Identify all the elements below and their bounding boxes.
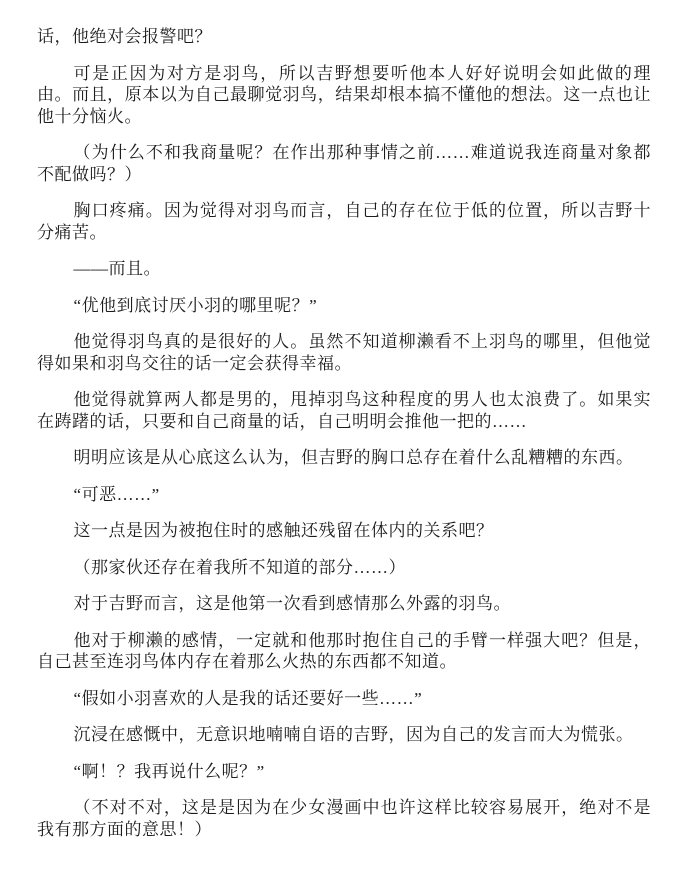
paragraph: （为什么不和我商量呢？在作出那种事情之前……难道说我连商量对象都不配做吗？）	[37, 142, 651, 185]
paragraph: “优他到底讨厌小羽的哪里呢？”	[37, 295, 651, 317]
paragraph: 胸口疼痛。因为觉得对羽鸟而言，自己的存在位于低的位置，所以吉野十分痛苦。	[37, 200, 651, 243]
paragraph: （那家伙还存在着我所不知道的部分……）	[37, 557, 651, 579]
paragraph: “假如小羽喜欢的人是我的话还要好一些……”	[37, 688, 651, 710]
paragraph: 他觉得羽鸟真的是很好的人。虽然不知道柳濑看不上羽鸟的哪里，但他觉得如果和羽鸟交往…	[37, 331, 651, 374]
paragraph: ——而且。	[37, 258, 651, 280]
paragraph: 沉浸在感慨中，无意识地喃喃自语的吉野，因为自己的发言而大为慌张。	[37, 724, 651, 746]
paragraph: 这一点是因为被抱住时的感触还残留在体内的关系吧？	[37, 520, 651, 542]
paragraph: 可是正因为对方是羽鸟，所以吉野想要听他本人好好说明会如此做的理由。而且，原本以为…	[37, 63, 651, 128]
paragraph: 他觉得就算两人都是男的，甩掉羽鸟这种程度的男人也太浪费了。如果实在踌躇的话，只要…	[37, 389, 651, 432]
paragraph: 对于吉野而言，这是他第一次看到感情那么外露的羽鸟。	[37, 593, 651, 615]
paragraph: 明明应该是从心底这么认为，但吉野的胸口总存在着什么乱糟糟的东西。	[37, 447, 651, 469]
paragraph: “可恶……”	[37, 484, 651, 506]
document-page: 话，他绝对会报警吧？ 可是正因为对方是羽鸟，所以吉野想要听他本人好好说明会如此做…	[0, 0, 680, 880]
text-body: 话，他绝对会报警吧？ 可是正因为对方是羽鸟，所以吉野想要听他本人好好说明会如此做…	[0, 0, 680, 840]
paragraph: 他对于柳濑的感情，一定就和他那时抱住自己的手臂一样强大吧？但是，自己甚至连羽鸟体…	[37, 630, 651, 673]
paragraph: 话，他绝对会报警吧？	[37, 26, 651, 48]
paragraph: “啊！？我再说什么呢？”	[37, 761, 651, 783]
paragraph: （不对不对，这是是因为在少女漫画中也许这样比较容易展开，绝对不是我有那方面的意思…	[37, 797, 651, 840]
